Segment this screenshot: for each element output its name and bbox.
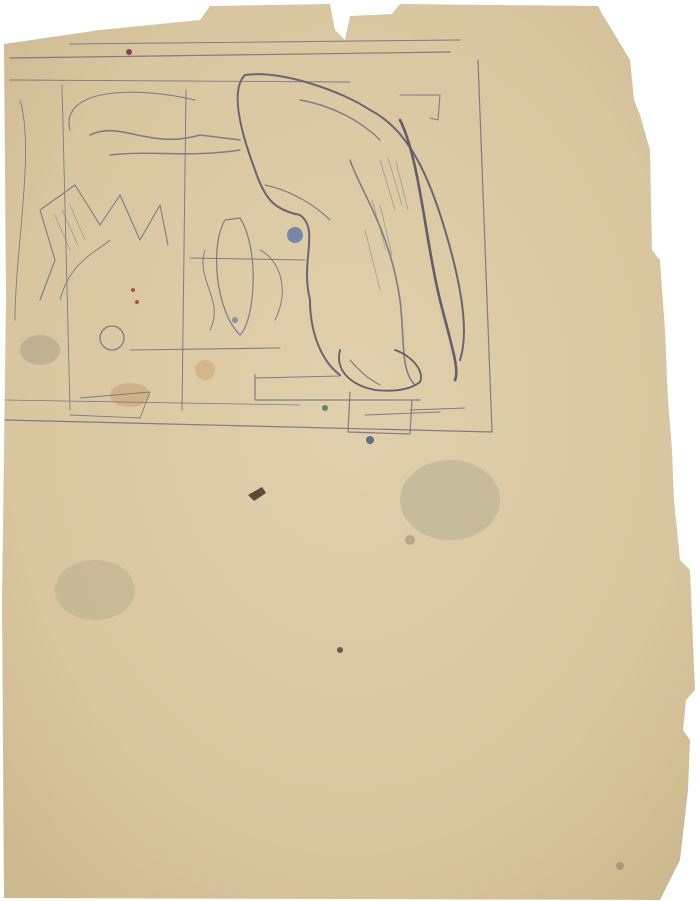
- sketch-svg: [0, 0, 700, 901]
- artwork-canvas: Pencil sketch on aged, torn paper: a fra…: [0, 0, 700, 901]
- paper-sheet: [2, 4, 695, 900]
